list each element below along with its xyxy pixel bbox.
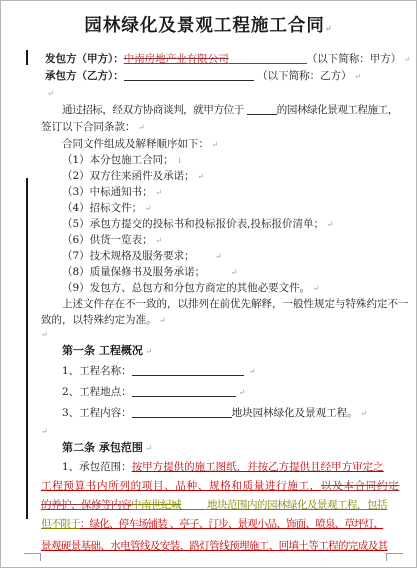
paragraph-mark: ↵ bbox=[195, 252, 222, 261]
paragraph-mark: ↵ bbox=[310, 284, 319, 293]
project-content-line: 3、工程内容：地块园林绿化及景观工程。 ↵ bbox=[41, 403, 390, 424]
text-segment: 1、承包范围： bbox=[62, 461, 132, 473]
interpret-line-2: 致的，以特殊约定为准。 ↵ bbox=[41, 312, 390, 328]
list-item-5: （5）承包方提交的投标书和投标报价表,投标报价清单； ↵ bbox=[41, 216, 390, 232]
deleted-text-olive: 中南世纪城 bbox=[131, 499, 181, 511]
project-name-line: 1、工程名称： ↵ bbox=[41, 361, 390, 382]
empty-line: ↵ bbox=[41, 424, 390, 438]
paragraph-mark: ↵ bbox=[325, 23, 333, 33]
scope-line-4: 但不限于：绿化、停车场铺装 、亭子、汀步、景观小品、饰面、喷泉、草坪灯、 bbox=[41, 515, 390, 534]
empty-line: ↵ bbox=[41, 328, 390, 341]
interpret-line-1: 上述文件存在不一致的，以排列在前优先解释，一般性规定与特殊约定不一 bbox=[41, 296, 390, 312]
list-item-1: （1）本分包施工合同； ↓ bbox=[41, 152, 390, 168]
project-site-line: 2、工程地点： ↵ bbox=[41, 382, 390, 403]
paragraph-mark: ↵ bbox=[143, 444, 152, 453]
paragraph-mark: ↵ bbox=[195, 172, 204, 181]
plot-blank bbox=[181, 497, 207, 510]
change-bar-main bbox=[26, 178, 28, 519]
paragraph-mark: ↵ bbox=[236, 388, 245, 397]
section-2-heading: 第二条 承包范围 ↵ bbox=[41, 438, 390, 458]
project-content-blank bbox=[132, 405, 232, 418]
location-blank bbox=[247, 102, 277, 115]
text-segment: 的园林绿化景观工程施工， bbox=[277, 104, 398, 116]
paragraph-mark: ↵ bbox=[136, 123, 145, 132]
text-segment: （3）中标通知书； bbox=[62, 186, 153, 198]
paragraph-mark: ↵ bbox=[41, 427, 48, 436]
text-segment: （4）招标文件； bbox=[62, 202, 142, 214]
deleted-text: 以及本合同约定 bbox=[321, 480, 399, 492]
party-b-label: 承包方（乙方）： bbox=[45, 70, 124, 82]
text-segment: 上述文件存在不一致的，以排列在前优先解释，一般性规定与特殊约定不一 bbox=[62, 298, 409, 310]
text-boundary-corner-right bbox=[386, 553, 403, 561]
paragraph-mark: ↵ bbox=[244, 367, 256, 376]
page-title: 园林绿化及景观工程施工合同 bbox=[84, 16, 325, 36]
paragraph-mark: ↵ bbox=[47, 89, 54, 98]
section-1-title: 第一条 工程概况 bbox=[62, 344, 143, 357]
intro-line-2: 签订以下合同条款： ↵ bbox=[41, 119, 390, 136]
title-line: 园林绿化及景观工程施工合同↵ bbox=[1, 11, 416, 51]
intro-line-3: 合同文件组成及解释顺序如下： ↵ bbox=[41, 136, 390, 152]
party-b-alias: （以下简称：乙方） bbox=[254, 70, 352, 82]
line-break-mark: ↓ bbox=[174, 156, 183, 165]
party-a-blank bbox=[229, 51, 307, 64]
paragraph-mark: ↵ bbox=[401, 55, 410, 64]
paragraph-mark: ↵ bbox=[41, 330, 48, 339]
scope-line-2: 工程预算书内所列的项目、品种、规格和质量进行施工，以及本合同约定 bbox=[41, 477, 390, 496]
scope-line-5: 景观硬景基础、水电管线及安装、路灯管线预埋施工、回填土等工程的完成及其 bbox=[41, 534, 390, 558]
party-a-alias: （以下简称：甲方） bbox=[307, 53, 402, 65]
list-item-9: （9）发包方、总包方和分包方商定的其他必要文件。 ↵ bbox=[41, 280, 390, 296]
list-item-7: （7）技术规格及服务要求； ↵ bbox=[41, 248, 390, 264]
paragraph-mark: ↵ bbox=[209, 140, 218, 149]
text-segment: 致的，以特殊约定为准。 bbox=[41, 314, 157, 326]
project-site-blank bbox=[132, 384, 236, 397]
paragraph-mark: ↵ bbox=[153, 236, 162, 245]
party-a-name-deleted: 中南房地产业有限公司 bbox=[124, 53, 229, 65]
list-item-4: （4）招标文件； ↵ bbox=[41, 200, 390, 216]
inserted-text-olive: 但不限于 bbox=[41, 518, 80, 530]
text-segment: （5）承包方提交的投标书和投标报价表,投标报价清单； bbox=[62, 218, 324, 230]
text-segment: 2、工程地点： bbox=[62, 386, 132, 398]
text-segment: 1、工程名称： bbox=[62, 365, 132, 377]
paragraph-mark: ↵ bbox=[143, 347, 152, 356]
section-2-title: 第二条 承包范围 bbox=[62, 441, 143, 454]
paragraph-mark: ↵ bbox=[205, 268, 237, 277]
list-item-3: （3）中标通知书； ↵ bbox=[41, 184, 390, 200]
paragraph-mark: ↵ bbox=[358, 409, 367, 418]
inserted-text: 按甲方提供的施工图纸，并按乙方提供且经甲方审定之 bbox=[132, 461, 384, 473]
text-segment: 3、工程内容： bbox=[62, 407, 132, 419]
inserted-text: 景观硬景基础、水电管线及安装、路灯管线预埋施工、回填土等工程的完成及其 bbox=[41, 540, 388, 552]
intro-line-1: 通过招标，经双方协商谈判，就甲方位于 的园林绿化景观工程施工， bbox=[41, 102, 390, 119]
text-segment: 合同文件组成及解释顺序如下： bbox=[62, 138, 209, 150]
deleted-text: 的养护、保修等内容 bbox=[41, 499, 131, 511]
paragraph-mark: ↵ bbox=[142, 204, 151, 213]
text-segment: （2）双方往来函件及承诺； bbox=[62, 170, 195, 182]
scope-line-3: 的养护、保修等内容中南世纪城地块范围内的园林绿化及景观工程，包括 bbox=[41, 496, 390, 515]
change-bar-party-a bbox=[26, 50, 28, 65]
text-segment: 地块园林绿化及景观工程。 bbox=[232, 407, 358, 419]
text-segment: （6）供货一览表； bbox=[62, 234, 153, 246]
empty-line: ↵ bbox=[41, 85, 390, 102]
party-b-blank bbox=[124, 68, 254, 81]
text-segment: （7）技术规格及服务要求； bbox=[62, 250, 195, 262]
text-boundary-corner-left bbox=[24, 553, 41, 561]
paragraph-mark: ↵ bbox=[352, 72, 361, 81]
list-item-6: （6）供货一览表； ↵ bbox=[41, 232, 390, 248]
project-name-blank bbox=[132, 363, 244, 376]
party-a-label: 发包方（甲方）： bbox=[45, 53, 124, 65]
document-body: 发包方（甲方）：中南房地产业有限公司（以下简称：甲方） ↵承包方（乙方）： （以… bbox=[1, 51, 416, 558]
inserted-text: 工程预算书内所列的项目、品种、规格和质量进行施工， bbox=[41, 480, 321, 492]
paragraph-mark: ↵ bbox=[153, 188, 162, 197]
scope-line-1: 1、承包范围：按甲方提供的施工图纸，并按乙方提供且经甲方审定之 bbox=[41, 458, 390, 477]
list-item-8: （8）质量保修书及服务承诺； ↵ bbox=[41, 264, 390, 280]
text-segment: 签订以下合同条款： bbox=[41, 121, 136, 133]
section-1-heading: 第一条 工程概况 ↵ bbox=[41, 341, 390, 361]
paragraph-mark: ↵ bbox=[324, 220, 333, 229]
party-a-line: 发包方（甲方）：中南房地产业有限公司（以下简称：甲方） ↵ bbox=[41, 51, 390, 68]
text-segment: 通过招标，经双方协商谈判，就甲方位于 bbox=[62, 104, 247, 116]
paragraph-mark: ↵ bbox=[157, 316, 166, 325]
text-segment: （1）本分包施工合同； bbox=[62, 154, 174, 166]
contract-page: 园林绿化及景观工程施工合同↵ 发包方（甲方）：中南房地产业有限公司（以下简称：甲… bbox=[0, 0, 417, 568]
inserted-text: ：绿化、停车场铺装 、亭子、汀步、景观小品、饰面、喷泉、草坪灯、 bbox=[80, 518, 383, 530]
text-segment: （9）发包方、总包方和分包方商定的其他必要文件。 bbox=[62, 282, 310, 294]
list-item-2: （2）双方往来函件及承诺； ↵ bbox=[41, 168, 390, 184]
text-segment: （8）质量保修书及服务承诺； bbox=[62, 266, 205, 278]
inserted-text-olive: 地块范围内的园林绿化及景观工程，包括 bbox=[207, 499, 387, 511]
party-b-line: 承包方（乙方）： （以下简称：乙方） ↵ bbox=[41, 68, 390, 85]
